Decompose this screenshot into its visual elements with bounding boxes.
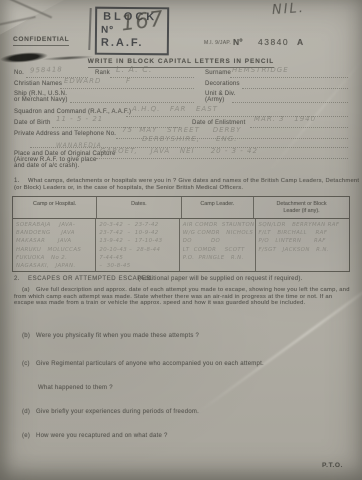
dotted-line (110, 76, 194, 78)
question-2b-text: Were you physically fit when you made th… (36, 333, 199, 339)
scanned-form-page: NIL. CONFIDENTIAL BLOCK Nº R.A.F. 167 M.… (0, 0, 362, 480)
stamp-no-word: Nº (101, 25, 114, 36)
field-label-no: No. (14, 70, 24, 76)
question-2c-text: Give Regimental particulars of anyone wh… (36, 361, 264, 367)
column-dates: 20-3-42 – 23-7-42 23-7-42 – 10-9-42 13-9… (96, 219, 179, 271)
dotted-line (230, 76, 348, 78)
question-1-line1: What camps, detachments or hospitals wer… (28, 178, 359, 184)
question-2d-number: (d) (22, 409, 30, 415)
question-2-note: (Additional paper will be supplied on re… (138, 276, 303, 282)
question-2a-line2: from which camp each attempt was made. S… (14, 294, 332, 300)
paper-crease (196, 248, 362, 414)
field-value-address-2: DERBYSHIRE, ENG. (142, 135, 237, 143)
pto-label: P.T.O. (322, 462, 343, 469)
field-value-capture: GAROET, JAVA NEI 20 - 3 - 42 (100, 147, 258, 155)
field-label-christian-names: Christian Names (14, 81, 62, 87)
field-value-dob: 11 - 5 - 21 (56, 115, 103, 123)
field-label-address: Private Address and Telephone No. (14, 131, 116, 137)
field-value-address-1: 75 MAY STREET DERBY (122, 126, 241, 134)
leader-cell: P.O. PRINGLE R.N. (183, 254, 255, 262)
camp-cell: SOERABAJA JAVA- (16, 221, 95, 229)
field-label-capture-3: and date of a/c crash). (14, 163, 79, 169)
field-label-decorations: Decorations (205, 81, 240, 87)
handwritten-nil-note: NIL. (272, 1, 306, 18)
question-2-title: ESCAPES OR ATTEMPTED ESCAPES. (28, 276, 153, 282)
question-2e-number: (e) (22, 433, 30, 439)
field-label-ship-2: or Merchant Navy) (14, 97, 68, 103)
block-capitals-instruction: WRITE IN BLOCK CAPITAL LETTERS IN PENCIL (0, 58, 362, 65)
field-label-dob: Date of Birth (14, 120, 51, 126)
confidential-label: CONFIDENTIAL (13, 36, 69, 43)
dotted-line (60, 87, 194, 89)
header-camp-leader: Camp Leader. (182, 197, 255, 218)
field-label-rank: Rank (95, 70, 110, 76)
field-label-surname: Surname (205, 70, 231, 76)
column-detachment-leader: SQN/LDR BERRYMAN RAF F/LT BIRCHALL RAF P… (256, 219, 349, 271)
detachment-cell: P/O LINTERN RAF (259, 237, 349, 245)
dates-cell: 20-3-42 – 23-7-42 (99, 221, 178, 229)
field-value-squadron: A.H.Q. FAR EAST (132, 105, 218, 113)
question-2a-line1: Give full description and approx. date o… (36, 287, 350, 293)
field-label-unit-2: (Army) (205, 97, 225, 103)
camp-cell: NAGASAKI, JAPAN. (16, 262, 95, 270)
detachment-cell: F/LT BIRCHALL RAF (259, 229, 349, 237)
dotted-line (232, 101, 348, 103)
question-2d-text: Give briefly your experiences during per… (36, 409, 199, 415)
field-value-surname: HEMSTRIDGE (232, 66, 289, 74)
ref-number: 43840 (258, 37, 289, 47)
field-value-christian-names: EDWARD (64, 77, 101, 85)
field-value-capture-overline: WANAREDJA (56, 142, 102, 149)
dotted-line (70, 101, 194, 103)
field-value-rank: L. A. C. (116, 65, 152, 74)
camps-table: Camp or Hospital. Dates. Camp Leader. De… (12, 196, 350, 272)
question-1-line2: (or Block) Leaders or, in the case of ho… (14, 185, 243, 191)
field-value-no: 958418 (30, 65, 63, 74)
ref-suffix: A (297, 37, 303, 47)
question-2c-followup: What happened to them ? (38, 385, 113, 391)
dates-cell: 23-7-42 – 10-9-42 (99, 229, 178, 237)
ref-no-label: Nº (233, 37, 243, 47)
leader-cell: W/G COMDR NICHOLS (183, 229, 255, 237)
leader-cell: LT COMDR SCOTT (183, 246, 255, 254)
pencil-initial-mark: F (126, 77, 131, 85)
question-2a-number: (a) (22, 287, 30, 293)
question-1-number: 1. (14, 178, 20, 184)
question-2b-number: (b) (22, 333, 30, 339)
dotted-line (250, 126, 348, 128)
dates-cell: – 30-8-45 (99, 262, 178, 270)
leader-cell: AIR COMDR STAUNTON (183, 221, 255, 229)
dotted-line (242, 87, 348, 89)
camps-table-body: SOERABAJA JAVA- BANDOENG JAVA MAKASAR JA… (13, 219, 349, 271)
column-camp: SOERABAJA JAVA- BANDOENG JAVA MAKASAR JA… (13, 219, 96, 271)
camp-cell: HARUKU MOLUCCAS (16, 246, 95, 254)
camp-cell: MAKASAR JAVA (16, 237, 95, 245)
column-camp-leader: AIR COMDR STAUNTON W/G COMDR NICHOLS DO … (180, 219, 256, 271)
question-2e-text: How were you recaptured and on what date… (36, 433, 168, 439)
header-camp-or-hospital: Camp or Hospital. (13, 197, 97, 218)
mi9-reference: M.I. 9/JAP. (204, 40, 231, 46)
question-2c-number: (c) (22, 361, 30, 367)
dotted-line (96, 157, 348, 159)
camps-table-header: Camp or Hospital. Dates. Camp Leader. De… (13, 197, 349, 219)
camp-cell: FUKUOKA No 2. (16, 254, 95, 262)
dates-cell: 13-9-42 – 17-10-43 (99, 237, 178, 245)
detachment-cell: F/SGT JACKSON R.N. (259, 246, 349, 254)
camp-cell: BANDOENG JAVA (16, 229, 95, 237)
dates-cell: 20-10-43 – 28-8-44 (99, 246, 178, 254)
field-value-enlistment: MAR. 3 1940 (254, 115, 316, 123)
question-2-number: 2. (14, 276, 20, 282)
dates-cell: 7-44-45 (99, 254, 178, 262)
pencil-stroke (88, 8, 91, 50)
header-dates: Dates. (97, 197, 181, 218)
detachment-cell: SQN/LDR BERRYMAN RAF (259, 221, 349, 229)
leader-cell: DO DO (183, 237, 255, 245)
question-2a-line3: escape was made from a train or vehicle … (14, 300, 306, 306)
stamp-raf-word: R.A.F. (101, 37, 144, 49)
header-detachment-leader: Detachment or Block Leader (if any). (254, 197, 349, 218)
